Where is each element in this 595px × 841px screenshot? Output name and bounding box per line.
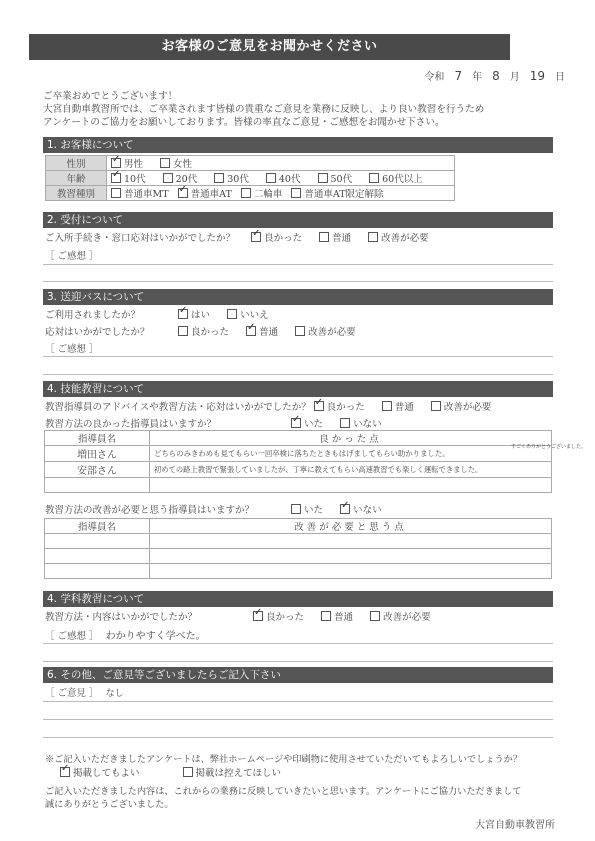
closing-line-2: 誠にありがとうございました。	[45, 798, 521, 811]
checkbox-icon[interactable]	[111, 158, 121, 168]
reception-comment-label: ［ ご感想 ］	[45, 248, 99, 262]
date-era: 令和	[424, 68, 444, 83]
course-type-label: 教習種別	[46, 186, 107, 201]
checkbox-icon[interactable]	[178, 309, 188, 319]
other-comment-label: ［ ご意見 ］	[45, 688, 99, 699]
date-field: 令和 7 年 8 月 19 日	[424, 68, 565, 83]
option-allow-publication[interactable]: 掲載してもよい	[60, 765, 140, 779]
option-good[interactable]: 良かった	[253, 609, 304, 623]
checkbox-icon[interactable]	[241, 188, 251, 198]
gender-row: 性別 男性 女性	[46, 156, 455, 171]
date-month[interactable]: 8	[492, 69, 500, 83]
table-row	[45, 534, 552, 549]
date-day[interactable]: 19	[530, 69, 545, 83]
intro-line-1: ご卒業おめでとうございます！	[43, 90, 484, 103]
option-needs-improvement[interactable]: 改善が必要	[295, 324, 356, 338]
instructor-name-header: 指導員名	[45, 519, 150, 534]
checkbox-icon[interactable]	[314, 401, 324, 411]
checkbox-icon[interactable]	[291, 188, 301, 198]
publication-consent-options: 掲載してもよい 掲載は控えてほしい	[60, 765, 295, 779]
option-age-10s[interactable]: 10代	[111, 171, 146, 185]
course-type-row: 教習種別 普通車MT 普通車AT 二輪車 普通車AT限定解除	[46, 186, 455, 201]
instructor-name-cell[interactable]	[45, 549, 150, 564]
instructor-name-cell[interactable]	[45, 564, 150, 579]
checkbox-icon[interactable]	[214, 173, 224, 183]
checkbox-icon[interactable]	[321, 611, 331, 621]
option-yes-there-was[interactable]: いた	[291, 502, 323, 516]
good-points-cell[interactable]: どちらのみきわめも見てもらい一回卒検に落ちたときもはげましてもらい助かりました。…	[150, 446, 552, 462]
checkbox-icon[interactable]	[111, 188, 121, 198]
closing-line-1: ご記入いただきました内容は、これからの業務に反映していきたいと思います。アンケー…	[45, 785, 521, 798]
age-row: 年齢 10代 20代 30代 40代 50代 60代以上	[46, 171, 455, 186]
option-age-40s[interactable]: 40代	[266, 171, 301, 185]
option-age-60s-plus[interactable]: 60代以上	[369, 171, 423, 185]
option-average[interactable]: 普通	[321, 609, 353, 623]
good-points-cell[interactable]	[150, 478, 552, 493]
instructor-name-header: 指導員名	[45, 431, 150, 446]
academic-comment-line-2[interactable]	[43, 661, 553, 662]
section-customer-header: 1. お客様について	[43, 137, 553, 153]
reception-question: ご入所手続き・窓口応対はいかがでしたか？	[45, 233, 235, 244]
academic-comment-line-1[interactable]	[43, 643, 553, 644]
checkbox-icon[interactable]	[369, 173, 379, 183]
date-day-unit: 日	[555, 68, 565, 83]
option-age-20s[interactable]: 20代	[163, 171, 198, 185]
table-row: 安部さん 初めての路上教習で緊張していましたが、丁寧に教えてもらい高速教習でも楽…	[45, 462, 552, 478]
checkbox-icon[interactable]	[251, 232, 261, 242]
improvement-points-header: 改善が必要と思う点	[150, 519, 552, 534]
instructor-name-cell[interactable]	[45, 534, 150, 549]
table-header-row: 指導員名 良かった点	[45, 431, 552, 446]
age-label: 年齢	[46, 171, 107, 186]
gender-label: 性別	[46, 156, 107, 171]
reception-comment-line-2[interactable]	[43, 281, 553, 282]
other-comment-value[interactable]: なし	[106, 689, 124, 699]
option-yes[interactable]: はい	[178, 307, 210, 321]
good-points-header: 良かった点	[150, 431, 552, 446]
option-needs-improvement[interactable]: 改善が必要	[368, 230, 429, 244]
checkbox-icon[interactable]	[318, 173, 328, 183]
other-comment-line-3[interactable]	[43, 737, 553, 738]
option-standard-mt[interactable]: 普通車MT	[111, 186, 169, 200]
section-shuttle-bus-header: 3. 送迎バスについて	[43, 289, 553, 305]
academic-comment-value[interactable]: わかりやすく学べた。	[106, 631, 206, 642]
improve-instructor-question: 教習方法の改善が必要と思う指導員はいますか？	[45, 502, 288, 516]
option-no[interactable]: いいえ	[227, 307, 269, 321]
good-instructor-row: 教習方法の良かった指導員はいますか？ いた いない	[45, 416, 396, 430]
other-comment-line-2[interactable]	[43, 719, 553, 720]
checkbox-icon[interactable]	[340, 418, 350, 428]
reception-question-row: ご入所手続き・窓口応対はいかがでしたか？ 良かった 普通 改善が必要	[45, 230, 443, 244]
academic-comment-label: ［ ご感想 ］	[45, 631, 99, 642]
checkbox-icon[interactable]	[178, 188, 188, 198]
instructor-rating-row: 教習指導員のアドバイスや教習方法・応対はいかがでしたか？ 良かった 普通 改善が…	[45, 399, 491, 413]
good-instructor-question: 教習方法の良かった指導員はいますか？	[45, 416, 288, 430]
bus-service-row: 応対はいかがでしたか？ 良かった 普通 改善が必要	[45, 324, 370, 338]
table-row	[45, 478, 552, 493]
option-female[interactable]: 女性	[160, 156, 192, 170]
table-row	[45, 549, 552, 564]
checkbox-icon[interactable]	[183, 767, 193, 777]
instructor-rating-question: 教習指導員のアドバイスや教習方法・応対はいかがでしたか？	[45, 402, 311, 413]
improvement-points-cell[interactable]	[150, 534, 552, 549]
reception-comment-line-1[interactable]	[43, 264, 553, 265]
improvement-points-cell[interactable]	[150, 564, 552, 579]
checkbox-icon[interactable]	[178, 326, 188, 336]
checkbox-icon[interactable]	[253, 611, 263, 621]
checkbox-icon[interactable]	[431, 401, 441, 411]
checkbox-icon[interactable]	[295, 326, 305, 336]
option-yes-there-was[interactable]: いた	[291, 416, 323, 430]
bus-comment-line-1[interactable]	[43, 356, 553, 357]
checkbox-icon[interactable]	[368, 232, 378, 242]
section-academic-lessons-header: 4. 学科教習について	[43, 591, 553, 607]
bus-usage-question: ご利用されましたか？	[45, 307, 175, 321]
option-average[interactable]: 普通	[382, 399, 414, 413]
option-good[interactable]: 良かった	[178, 324, 229, 338]
option-none[interactable]: いない	[340, 502, 382, 516]
checkbox-icon[interactable]	[319, 232, 329, 242]
bus-comment-line-2[interactable]	[43, 374, 553, 375]
bus-service-question: 応対はいかがでしたか？	[45, 324, 175, 338]
good-points-note: すごくありがとうございました。	[511, 444, 549, 450]
checkbox-icon[interactable]	[246, 326, 256, 336]
other-comment-row: ［ ご意見 ］ なし	[45, 685, 124, 699]
section-other-comments-header: 6. その他、ご意見等ございましたらご記入下さい	[43, 667, 553, 683]
bus-comment-label: ［ ご感想 ］	[45, 341, 99, 355]
good-points-cell[interactable]: 初めての路上教習で緊張していましたが、丁寧に教えてもらい高速教習でも楽しく運転で…	[150, 462, 552, 478]
option-decline-publication[interactable]: 掲載は控えてほしい	[183, 765, 282, 779]
checkbox-icon[interactable]	[163, 173, 173, 183]
option-good[interactable]: 良かった	[314, 399, 365, 413]
checkbox-icon[interactable]	[111, 173, 121, 183]
bus-usage-row: ご利用されましたか？ はい いいえ	[45, 307, 283, 321]
instructor-name-cell[interactable]	[45, 478, 150, 493]
option-standard-at[interactable]: 普通車AT	[178, 186, 232, 200]
date-month-unit: 月	[510, 68, 520, 83]
section-reception-header: 2. 受付について	[43, 212, 553, 228]
other-comment-line-1[interactable]	[43, 701, 553, 702]
table-header-row: 指導員名 改善が必要と思う点	[45, 519, 552, 534]
option-age-50s[interactable]: 50代	[318, 171, 353, 185]
checkbox-icon[interactable]	[60, 767, 70, 777]
checkbox-icon[interactable]	[266, 173, 276, 183]
instructor-name-cell[interactable]: 安部さん	[45, 462, 150, 478]
option-average[interactable]: 普通	[246, 324, 278, 338]
option-none[interactable]: いない	[340, 416, 382, 430]
checkbox-icon[interactable]	[340, 504, 350, 514]
option-male[interactable]: 男性	[111, 156, 143, 170]
section-driving-lessons-header: 4. 技能教習について	[43, 381, 553, 397]
academic-question: 教習方法・内容はいかがでしたか？	[45, 609, 250, 623]
checkbox-icon[interactable]	[291, 504, 301, 514]
option-average[interactable]: 普通	[319, 230, 351, 244]
improve-instructor-row: 教習方法の改善が必要と思う指導員はいますか？ いた いない	[45, 502, 396, 516]
intro-line-3: アンケートのご協力をお願いしております。皆様の率直なご意見・ご感想をお聞かせ下さ…	[43, 116, 484, 129]
option-needs-improvement[interactable]: 改善が必要	[431, 399, 492, 413]
table-row: 増田さん どちらのみきわめも見てもらい一回卒検に落ちたときもはげましてもらい助か…	[45, 446, 552, 462]
option-age-30s[interactable]: 30代	[214, 171, 249, 185]
table-row	[45, 564, 552, 579]
publication-consent-question: ※ご記入いただきましたアンケートは、弊社ホームページや印刷物に使用させていただい…	[45, 751, 522, 765]
academic-question-row: 教習方法・内容はいかがでしたか？ 良かった 普通 改善が必要	[45, 609, 445, 623]
checkbox-icon[interactable]	[382, 401, 392, 411]
intro-line-2: 大宮自動車教習所では、ご卒業されます皆様の貴重なご意見を業務に反映し、より良い教…	[43, 103, 484, 116]
instructor-name-cell[interactable]: 増田さん	[45, 446, 150, 462]
customer-info-table: 性別 男性 女性 年齢 10代 20代 30代 40代 50代 60代以上 教習…	[45, 155, 455, 201]
good-instructor-table: 指導員名 良かった点 増田さん どちらのみきわめも見てもらい一回卒検に落ちたとき…	[44, 430, 552, 493]
academic-comment-row: ［ ご感想 ］ わかりやすく学べた。	[45, 627, 206, 642]
option-motorcycle[interactable]: 二輪車	[241, 186, 283, 200]
improvement-points-cell[interactable]	[150, 549, 552, 564]
date-year-unit: 年	[472, 68, 482, 83]
survey-title: お客様のご意見をお聞かせください	[29, 34, 510, 60]
checkbox-icon[interactable]	[227, 309, 237, 319]
checkbox-icon[interactable]	[370, 611, 380, 621]
closing-message: ご記入いただきました内容は、これからの業務に反映していきたいと思います。アンケー…	[45, 785, 521, 811]
intro-text: ご卒業おめでとうございます！ 大宮自動車教習所では、ご卒業されます皆様の貴重なご…	[43, 90, 484, 129]
checkbox-icon[interactable]	[291, 418, 301, 428]
option-at-limit-removal[interactable]: 普通車AT限定解除	[291, 186, 383, 200]
option-good[interactable]: 良かった	[251, 230, 302, 244]
improve-instructor-table: 指導員名 改善が必要と思う点	[44, 518, 552, 579]
option-needs-improvement[interactable]: 改善が必要	[370, 609, 431, 623]
checkbox-icon[interactable]	[160, 158, 170, 168]
date-year[interactable]: 7	[454, 69, 462, 83]
school-name: 大宮自動車教習所	[475, 816, 555, 831]
